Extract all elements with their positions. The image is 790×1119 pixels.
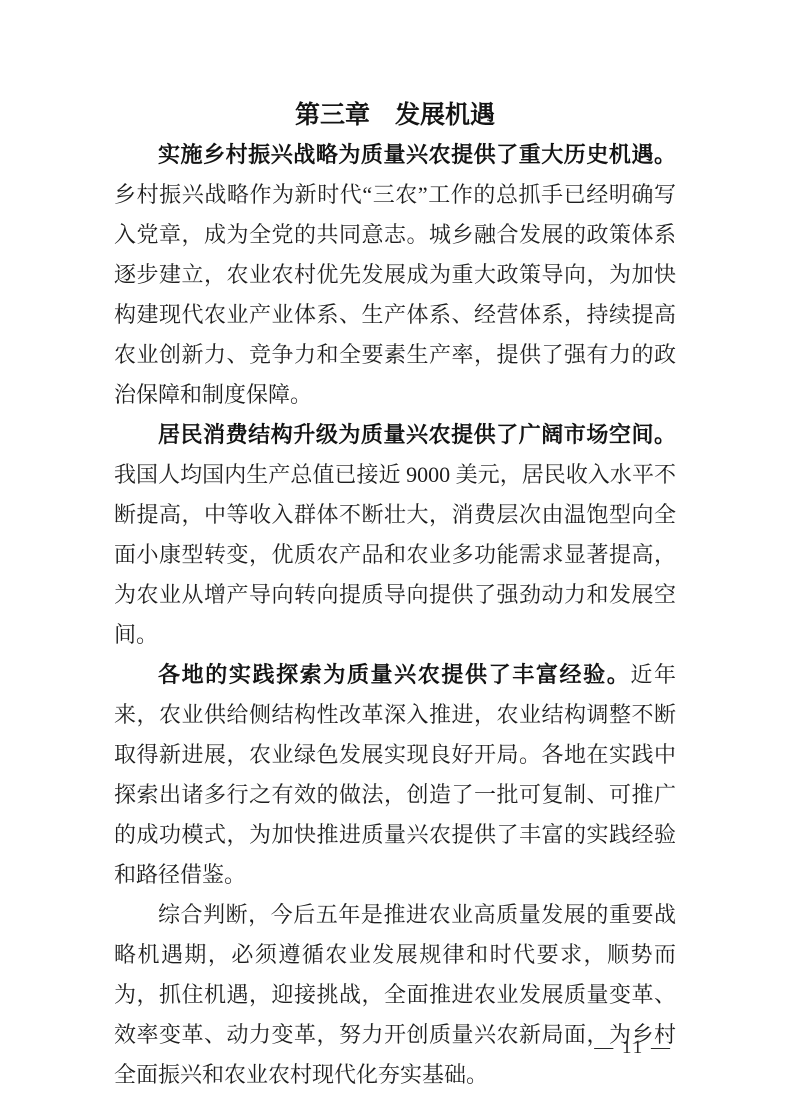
paragraph-practice-experience: 各地的实践探索为质量兴农提供了丰富经验。近年来，农业供给侧结构性改革深入推进，农… (114, 655, 676, 895)
paragraph-3-lead: 各地的实践探索为质量兴农提供了丰富经验。 (158, 662, 630, 687)
paragraph-2-lead: 居民消费结构升级为质量兴农提供了广阔市场空间。 (158, 422, 676, 447)
paragraph-historic-opportunity: 实施乡村振兴战略为质量兴农提供了重大历史机遇。乡村振兴战略作为新时代“三农”工作… (114, 135, 676, 415)
page-number: — 11 — (594, 1037, 672, 1059)
text-block: 第三章 发展机遇 实施乡村振兴战略为质量兴农提供了重大历史机遇。乡村振兴战略作为… (114, 95, 676, 1095)
paragraph-1-body: 乡村振兴战略作为新时代“三农”工作的总抓手已经明确写入党章，成为全党的共同意志。… (114, 182, 676, 407)
paragraph-3-body: 近年来，农业供给侧结构性改革深入推进，农业结构调整不断取得新进展，农业绿色发展实… (114, 662, 676, 887)
paragraph-1-lead: 实施乡村振兴战略为质量兴农提供了重大历史机遇。 (158, 142, 676, 167)
paragraph-overall-judgment: 综合判断，今后五年是推进农业高质量发展的重要战略机遇期，必须遵循农业发展规律和时… (114, 895, 676, 1095)
paragraph-market-space: 居民消费结构升级为质量兴农提供了广阔市场空间。我国人均国内生产总值已接近 900… (114, 415, 676, 655)
chapter-title: 第三章 发展机遇 (114, 95, 676, 135)
paragraph-4-body: 综合判断，今后五年是推进农业高质量发展的重要战略机遇期，必须遵循农业发展规律和时… (114, 902, 676, 1087)
paragraph-2-body: 我国人均国内生产总值已接近 9000 美元，居民收入水平不断提高，中等收入群体不… (114, 462, 676, 647)
document-page: 第三章 发展机遇 实施乡村振兴战略为质量兴农提供了重大历史机遇。乡村振兴战略作为… (0, 0, 790, 1119)
